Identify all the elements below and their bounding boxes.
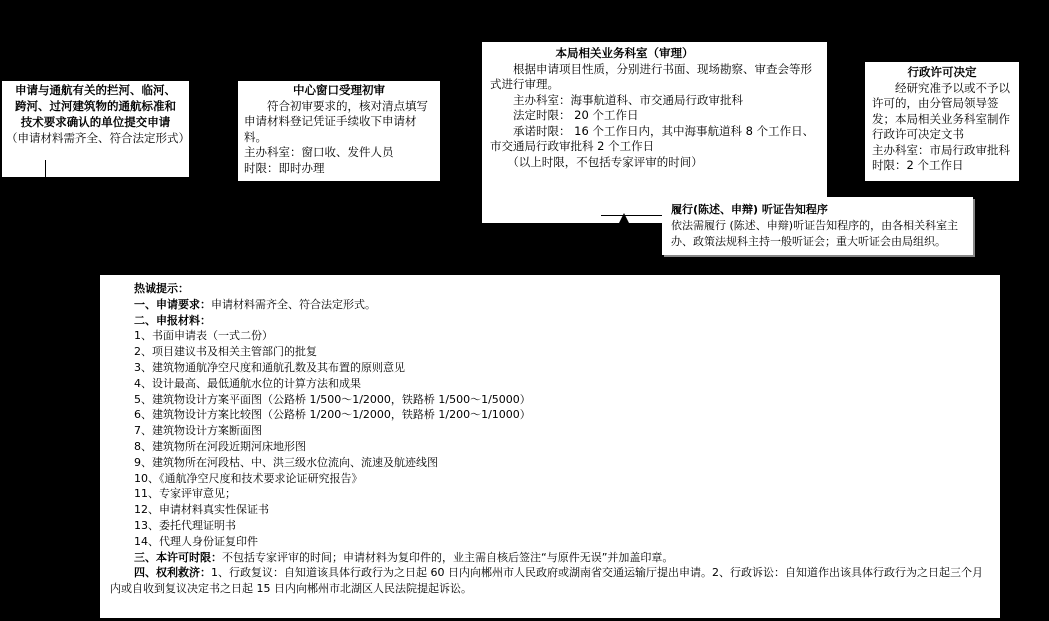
materials-item: 5、建筑物设计方案平面图（公路桥 1/500～1/2000，铁路桥 1/500～… bbox=[134, 392, 992, 408]
materials-item: 11、专家评审意见； bbox=[134, 486, 992, 502]
step4-decision-box: 行政许可决定 经研究准予以或不予以许可的，由分管局领导签发；本局相关业务科室制作… bbox=[865, 62, 1019, 181]
notice-section-3: 三、本许可时限：不包括专家评审的时间；申请材料为复印件的，业主需自核后签注“与原… bbox=[134, 550, 992, 566]
materials-item: 3、建筑物通航净空尺度和通航孔数及其布置的原则意见 bbox=[134, 360, 992, 376]
step1-title-line: 技术要求确认的单位提交申请 bbox=[6, 114, 185, 130]
arrow-up-icon bbox=[619, 213, 629, 223]
step3-review-box: 本局相关业务科室（审理） 根据申请项目性质，分别进行书面、现场勘察、审查会等形式… bbox=[482, 42, 827, 223]
step4-office: 主办科室：市局行政审批科 bbox=[872, 143, 1012, 159]
materials-item: 2、项目建议书及相关主管部门的批复 bbox=[134, 344, 992, 360]
step1-submit-application-box: 申请与通航有关的拦河、临河、 跨河、过河建筑物的通航标准和 技术要求确认的单位提… bbox=[2, 81, 189, 177]
connector-line bbox=[45, 160, 46, 177]
step3-note: （以上时限，不包括专家评审的时间） bbox=[490, 155, 819, 171]
notice-heading: 热诚提示： bbox=[134, 281, 992, 297]
materials-item: 14、代理人身份证复印件 bbox=[134, 534, 992, 550]
materials-item: 4、设计最高、最低通航水位的计算方法和成果 bbox=[134, 376, 992, 392]
section-label: 一、申请要求： bbox=[134, 298, 211, 311]
materials-item: 6、建筑物设计方案比较图（公路桥 1/200～1/2000，铁路桥 1/200～… bbox=[134, 407, 992, 423]
section-text: 1、行政复议：自知道该具体行政行为之日起 60 日内向郴州市人民政府或湖南省交通… bbox=[110, 566, 983, 595]
notice-section-1: 一、申请要求：申请材料需齐全、符合法定形式。 bbox=[134, 297, 992, 313]
step1-title: 申请与通航有关的拦河、临河、 跨河、过河建筑物的通航标准和 技术要求确认的单位提… bbox=[6, 82, 185, 130]
section-text: 不包括专家评审的时间；申请材料为复印件的，业主需自核后签注“与原件无误”并加盖印… bbox=[222, 551, 673, 564]
step3-office: 主办科室：海事航道科、市交通局行政审批科 bbox=[490, 93, 819, 109]
notice-section-2-label: 二、申报材料： bbox=[134, 313, 992, 329]
step2-body: 符合初审要求的，核对清点填写申请材料登记凭证手续收下申请材料。 bbox=[244, 99, 434, 146]
section-text: 申请材料需齐全、符合法定形式。 bbox=[211, 298, 376, 311]
step2-center-window-box: 中心窗口受理初审 符合初审要求的，核对清点填写申请材料登记凭证手续收下申请材料。… bbox=[238, 81, 440, 181]
materials-item: 12、申请材料真实性保证书 bbox=[134, 502, 992, 518]
step3-body: 根据申请项目性质，分别进行书面、现场勘察、审查会等形式进行审理。 bbox=[490, 62, 819, 93]
step1-title-line: 跨河、过河建筑物的通航标准和 bbox=[6, 98, 185, 114]
hearing-title: 履行(陈述、申辩) 听证告知程序 bbox=[671, 202, 964, 218]
materials-item: 10、《通航净空尺度和技术要求论证研究报告》 bbox=[134, 471, 992, 487]
step3-legal-time: 法定时限： 20 个工作日 bbox=[490, 108, 819, 124]
notice-section-4: 四、权利救济：1、行政复议：自知道该具体行政行为之日起 60 日内向郴州市人民政… bbox=[110, 565, 992, 597]
section-label: 四、权利救济： bbox=[134, 566, 211, 579]
hearing-notice-box: 履行(陈述、申辩) 听证告知程序 依法需履行 (陈述、申辩)听证告知程序的，由各… bbox=[662, 197, 973, 255]
materials-item: 7、建筑物设计方案断面图 bbox=[134, 423, 992, 439]
step3-title: 本局相关业务科室（审理） bbox=[430, 46, 819, 62]
step2-office: 主办科室：窗口收、发件人员 bbox=[244, 145, 434, 161]
hearing-connector-line bbox=[601, 215, 663, 216]
materials-list: 1、书面申请表（一式二份） 2、项目建议书及相关主管部门的批复 3、建筑物通航净… bbox=[134, 328, 992, 549]
step1-note: （申请材料需齐全、符合法定形式） bbox=[6, 130, 185, 146]
materials-item: 8、建筑物所在河段近期河床地形图 bbox=[134, 439, 992, 455]
step1-title-line: 申请与通航有关的拦河、临河、 bbox=[6, 82, 185, 98]
step4-title: 行政许可决定 bbox=[872, 65, 1012, 81]
section-label: 三、本许可时限： bbox=[134, 551, 222, 564]
step4-body: 经研究准予以或不予以许可的，由分管局领导签发；本局相关业务科室制作行政许可决定文… bbox=[872, 81, 1012, 143]
step2-time: 时限：即时办理 bbox=[244, 161, 434, 177]
notice-box: 热诚提示： 一、申请要求：申请材料需齐全、符合法定形式。 二、申报材料： 1、书… bbox=[100, 275, 1000, 618]
materials-item: 1、书面申请表（一式二份） bbox=[134, 328, 992, 344]
step4-time: 时限：2 个工作日 bbox=[872, 158, 1012, 174]
step3-promise-time: 承诺时限： 16 个工作日内，其中海事航道科 8 个工作日、市交通局行政审批科 … bbox=[490, 124, 819, 155]
hearing-body: 依法需履行 (陈述、申辩)听证告知程序的，由各相关科室主办、政策法规科主持一般听… bbox=[671, 218, 964, 250]
step2-title: 中心窗口受理初审 bbox=[244, 83, 434, 99]
materials-item: 9、建筑物所在河段枯、中、洪三级水位流向、流速及航迹线图 bbox=[134, 455, 992, 471]
materials-item: 13、委托代理证明书 bbox=[134, 518, 992, 534]
